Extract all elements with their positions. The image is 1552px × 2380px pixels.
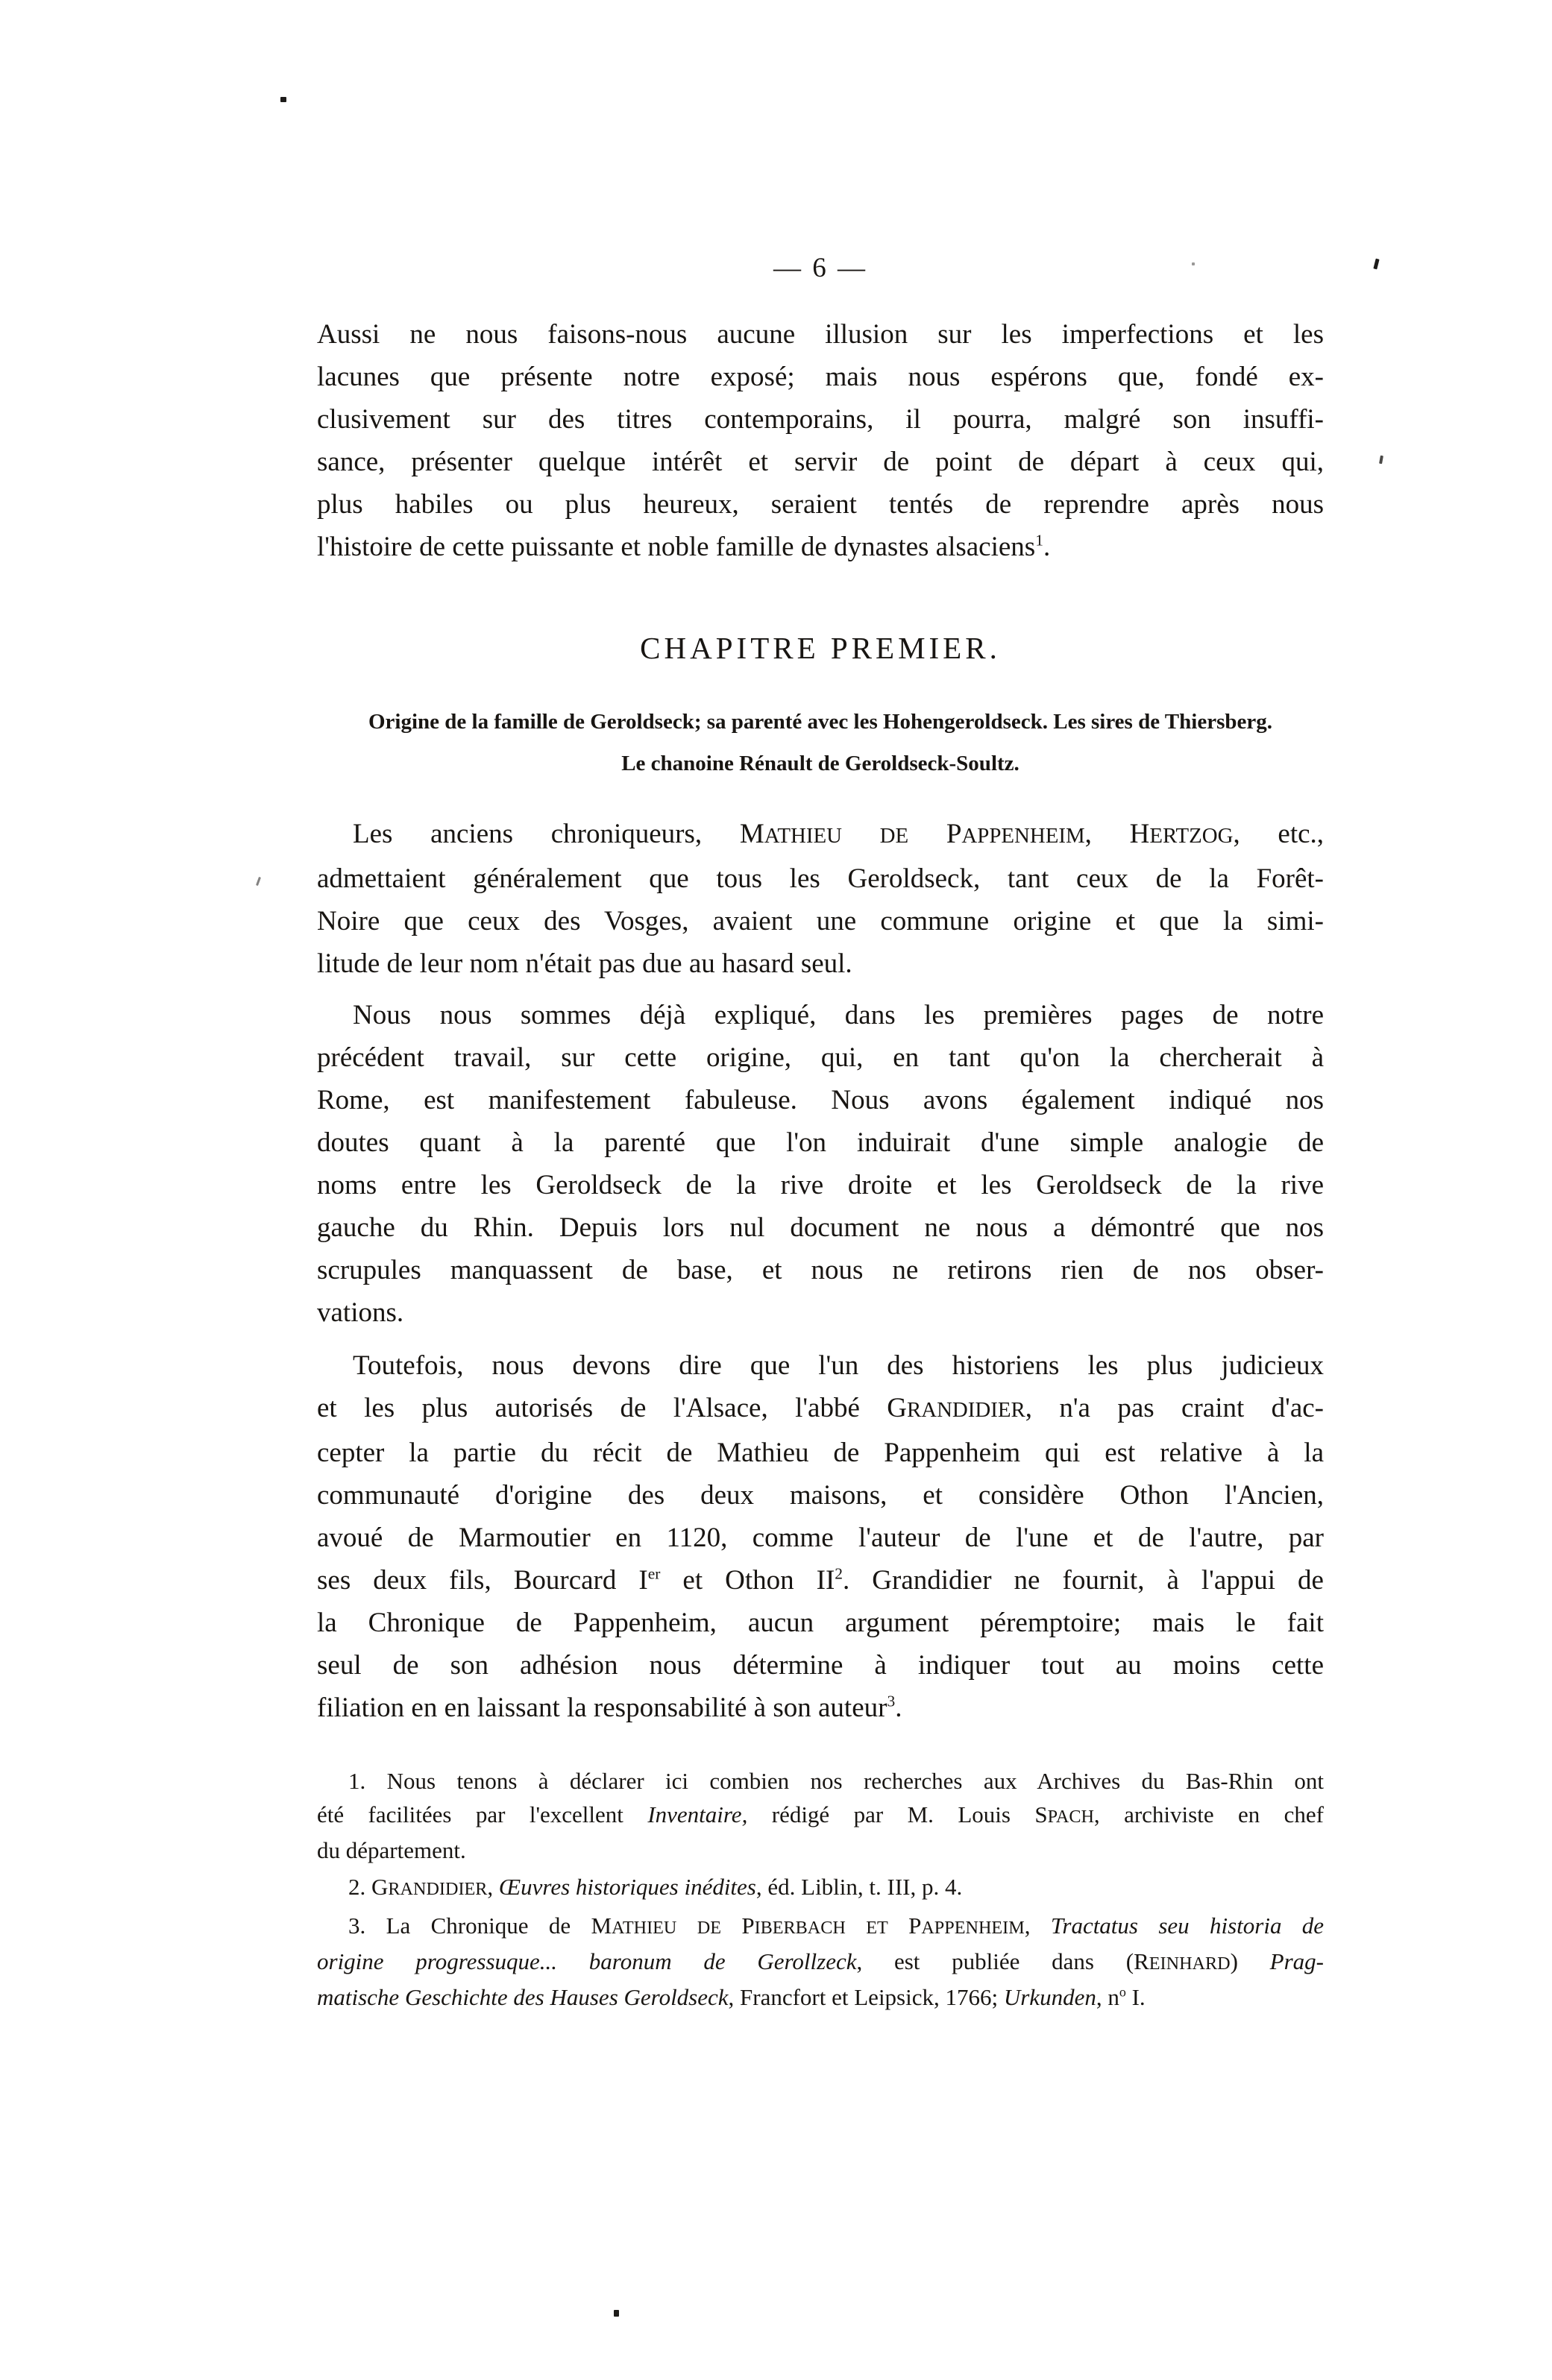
scanned-book-page-screenshot: { "page": { "number": "— 6 —" }, "headin… <box>0 0 1552 2380</box>
text-line: ses deux fils, Bourcard Ier et Othon II2… <box>317 1559 1324 1602</box>
text-line: seul de son adhésion nous détermine à in… <box>317 1644 1324 1687</box>
italic-text: Urkunden <box>1004 1984 1096 2010</box>
small-caps-name: GRANDIDIER <box>887 1393 1025 1423</box>
text-line: Toutefois, nous devons dire que l'un des… <box>317 1344 1324 1387</box>
text-line: scrupules manquassent de base, et nous n… <box>317 1249 1324 1291</box>
text-line: précédent travail, sur cette origine, qu… <box>317 1036 1324 1079</box>
text-line: admettaient généralement que tous les Ge… <box>317 857 1324 900</box>
italic-text: Œuvres historiques inédites <box>499 1874 756 1900</box>
footnote-3: 3. La Chronique de MATHIEU DE PIBERBACH … <box>317 1909 1324 2014</box>
paragraph-grandidier: Toutefois, nous devons dire que l'un des… <box>317 1344 1324 1729</box>
text-line: matische Geschichte des Hauses Geroldsec… <box>317 1980 1324 2014</box>
small-caps-name: SPACH <box>1034 1801 1094 1827</box>
text-line: filiation en en laissant la responsabili… <box>317 1687 1324 1729</box>
superscript-mark: o <box>1119 1985 1126 2000</box>
superscript-mark: 1 <box>1035 532 1043 550</box>
text-line: Aussi ne nous faisons-nous aucune illusi… <box>317 313 1324 356</box>
text-line: clusivement sur des titres contemporains… <box>317 398 1324 441</box>
small-caps-name: HERTZOG <box>1130 819 1234 849</box>
text-line: 2. GRANDIDIER, Œuvres historiques inédit… <box>317 1870 1324 1906</box>
book-page: — 6 — Aussi ne nous faisons-nous aucune … <box>0 0 1552 2380</box>
footnote-1: 1. Nous tenons à déclarer ici combien no… <box>317 1764 1324 1867</box>
text-line: sance, présenter quelque intérêt et serv… <box>317 441 1324 483</box>
text-line: gauche du Rhin. Depuis lors nul document… <box>317 1206 1324 1249</box>
superscript-mark: 2 <box>835 1565 843 1583</box>
text-line: Les anciens chroniqueurs, MATHIEU DE PAP… <box>317 813 1324 857</box>
page-number: — 6 — <box>317 252 1324 284</box>
paragraph-introduction: Aussi ne nous faisons-nous aucune illusi… <box>317 313 1324 568</box>
text-line: l'histoire de cette puissante et noble f… <box>317 526 1324 568</box>
text-line: litude de leur nom n'était pas due au ha… <box>317 942 1324 985</box>
italic-text: Prag- <box>1270 1948 1324 1974</box>
text-line: et les plus autorisés de l'Alsace, l'abb… <box>317 1387 1324 1432</box>
text-line: avoué de Marmoutier en 1120, comme l'aut… <box>317 1517 1324 1559</box>
text-line: doutes quant à la parenté que l'on indui… <box>317 1121 1324 1164</box>
footnote-2: 2. GRANDIDIER, Œuvres historiques inédit… <box>317 1870 1324 1906</box>
text-line: été facilitées par l'excellent Inventair… <box>317 1798 1324 1833</box>
text-line: lacunes que présente notre exposé; mais … <box>317 356 1324 398</box>
text-line: Nous nous sommes déjà expliqué, dans les… <box>317 994 1324 1036</box>
scan-speck <box>280 97 286 102</box>
scan-speck <box>1373 259 1379 270</box>
small-caps-name: MATHIEU DE PAPPENHEIM <box>740 819 1085 849</box>
superscript-mark: 3 <box>887 1693 895 1710</box>
text-line: du département. <box>317 1833 1324 1867</box>
text-line: la Chronique de Pappenheim, aucun argume… <box>317 1602 1324 1644</box>
text-line: noms entre les Geroldseck de la rive dro… <box>317 1164 1324 1206</box>
paragraph-chroniqueurs: Les anciens chroniqueurs, MATHIEU DE PAP… <box>317 813 1324 985</box>
chapter-heading: CHAPITRE PREMIER. <box>317 630 1324 666</box>
text-line: plus habiles ou plus heureux, seraient t… <box>317 483 1324 526</box>
text-line: cepter la partie du récit de Mathieu de … <box>317 1432 1324 1474</box>
scan-speck <box>1379 456 1383 465</box>
italic-text: Inventaire, <box>647 1801 747 1827</box>
text-line: Rome, est manifestement fabuleuse. Nous … <box>317 1079 1324 1121</box>
text-line: origine progressuque... baronum de Gerol… <box>317 1945 1324 1980</box>
scan-speck <box>256 877 261 886</box>
text-line: Noire que ceux des Vosges, avaient une c… <box>317 900 1324 942</box>
small-caps-name: MATHIEU DE PIBERBACH ET PAPPENHEIM <box>591 1912 1024 1939</box>
small-caps-name: GRANDIDIER <box>371 1874 487 1900</box>
small-caps-name: REINHARD <box>1134 1948 1231 1974</box>
italic-text: matische Geschichte des Hauses Geroldsec… <box>317 1984 729 2010</box>
text-line: communauté d'origine des deux maisons, e… <box>317 1474 1324 1517</box>
superscript-mark: er <box>648 1565 661 1583</box>
text-line: vations. <box>317 1291 1324 1334</box>
scan-speck <box>1192 262 1195 265</box>
text-line: 3. La Chronique de MATHIEU DE PIBERBACH … <box>317 1909 1324 1945</box>
chapter-subtitle: Origine de la famille de Geroldseck; sa … <box>317 701 1324 784</box>
paragraph-origine-fabuleuse: Nous nous sommes déjà expliqué, dans les… <box>317 994 1324 1334</box>
text-line: 1. Nous tenons à déclarer ici combien no… <box>317 1764 1324 1798</box>
footnotes-section: 1. Nous tenons à déclarer ici combien no… <box>317 1764 1324 2014</box>
italic-text: origine progressuque... baronum de Gerol… <box>317 1948 856 1974</box>
italic-text: Tractatus seu historia de <box>1051 1912 1324 1939</box>
chapter-subtitle-line-1: Origine de la famille de Geroldseck; sa … <box>317 701 1324 743</box>
scan-speck <box>614 2310 619 2317</box>
chapter-subtitle-line-2: Le chanoine Rénault de Geroldseck-Soultz… <box>317 743 1324 784</box>
